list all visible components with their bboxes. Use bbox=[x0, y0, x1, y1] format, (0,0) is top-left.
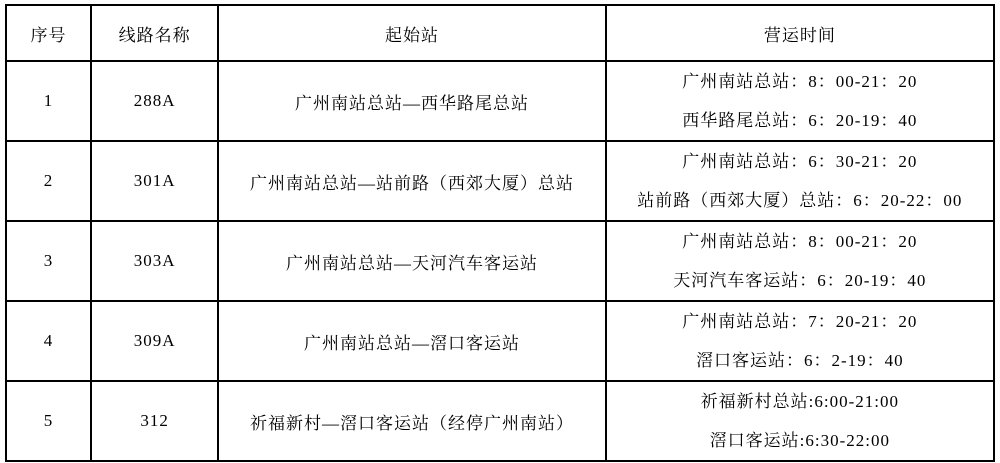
cell-serial-number: 4 bbox=[6, 301, 91, 381]
column-header: 营运时间 bbox=[606, 5, 994, 61]
table-body: 1 288A 广州南站总站—西华路尾总站 广州南站总站：8：00-21：20 西… bbox=[6, 61, 994, 461]
cell-operating-hours: 广州南站总站：7：20-21：20 滘口客运站：6：2-19：40 bbox=[606, 301, 994, 381]
cell-serial-number: 3 bbox=[6, 221, 91, 301]
cell-endpoints: 广州南站总站—西华路尾总站 bbox=[218, 61, 605, 141]
operating-hours-line-2: 滘口客运站：6：2-19：40 bbox=[607, 341, 993, 380]
cell-route-name: 303A bbox=[91, 221, 218, 301]
table-row: 3 303A 广州南站总站—天河汽车客运站 广州南站总站：8：00-21：20 … bbox=[6, 221, 994, 301]
table-row: 1 288A 广州南站总站—西华路尾总站 广州南站总站：8：00-21：20 西… bbox=[6, 61, 994, 141]
cell-operating-hours: 广州南站总站：6：30-21：20 站前路（西郊大厦）总站：6：20-22：00 bbox=[606, 141, 994, 221]
cell-route-name: 288A bbox=[91, 61, 218, 141]
cell-route-name: 312 bbox=[91, 381, 218, 461]
table-header-row: 序号线路名称起始站营运时间 bbox=[6, 5, 994, 61]
cell-operating-hours: 广州南站总站：8：00-21：20 天河汽车客运站：6：20-19：40 bbox=[606, 221, 994, 301]
operating-hours-line-1: 广州南站总站：7：20-21：20 bbox=[607, 302, 993, 341]
table-header: 序号线路名称起始站营运时间 bbox=[6, 5, 994, 61]
column-header: 起始站 bbox=[218, 5, 605, 61]
operating-hours-line-2: 西华路尾总站：6：20-19：40 bbox=[607, 101, 993, 140]
operating-hours-line-1: 广州南站总站：6：30-21：20 bbox=[607, 142, 993, 181]
operating-hours-line-1: 广州南站总站：8：00-21：20 bbox=[607, 62, 993, 101]
cell-operating-hours: 祈福新村总站:6:00-21:00 滘口客运站:6:30-22:00 bbox=[606, 381, 994, 461]
column-header: 线路名称 bbox=[91, 5, 218, 61]
cell-serial-number: 1 bbox=[6, 61, 91, 141]
cell-serial-number: 2 bbox=[6, 141, 91, 221]
table-row: 4 309A 广州南站总站—滘口客运站 广州南站总站：7：20-21：20 滘口… bbox=[6, 301, 994, 381]
cell-operating-hours: 广州南站总站：8：00-21：20 西华路尾总站：6：20-19：40 bbox=[606, 61, 994, 141]
operating-hours-line-2: 天河汽车客运站：6：20-19：40 bbox=[607, 261, 993, 300]
table-row: 5 312 祈福新村—滘口客运站（经停广州南站） 祈福新村总站:6:00-21:… bbox=[6, 381, 994, 461]
page: 序号线路名称起始站营运时间 1 288A 广州南站总站—西华路尾总站 广州南站总… bbox=[0, 0, 1000, 463]
cell-endpoints: 祈福新村—滘口客运站（经停广州南站） bbox=[218, 381, 605, 461]
cell-endpoints: 广州南站总站—站前路（西郊大厦）总站 bbox=[218, 141, 605, 221]
table-row: 2 301A 广州南站总站—站前路（西郊大厦）总站 广州南站总站：6：30-21… bbox=[6, 141, 994, 221]
operating-hours-line-2: 站前路（西郊大厦）总站：6：20-22：00 bbox=[607, 181, 993, 220]
operating-hours-line-1: 祈福新村总站:6:00-21:00 bbox=[607, 382, 993, 421]
cell-endpoints: 广州南站总站—天河汽车客运站 bbox=[218, 221, 605, 301]
cell-endpoints: 广州南站总站—滘口客运站 bbox=[218, 301, 605, 381]
column-header: 序号 bbox=[6, 5, 91, 61]
cell-serial-number: 5 bbox=[6, 381, 91, 461]
cell-route-name: 301A bbox=[91, 141, 218, 221]
bus-route-table: 序号线路名称起始站营运时间 1 288A 广州南站总站—西华路尾总站 广州南站总… bbox=[5, 4, 995, 462]
operating-hours-line-1: 广州南站总站：8：00-21：20 bbox=[607, 222, 993, 261]
operating-hours-line-2: 滘口客运站:6:30-22:00 bbox=[607, 421, 993, 460]
cell-route-name: 309A bbox=[91, 301, 218, 381]
